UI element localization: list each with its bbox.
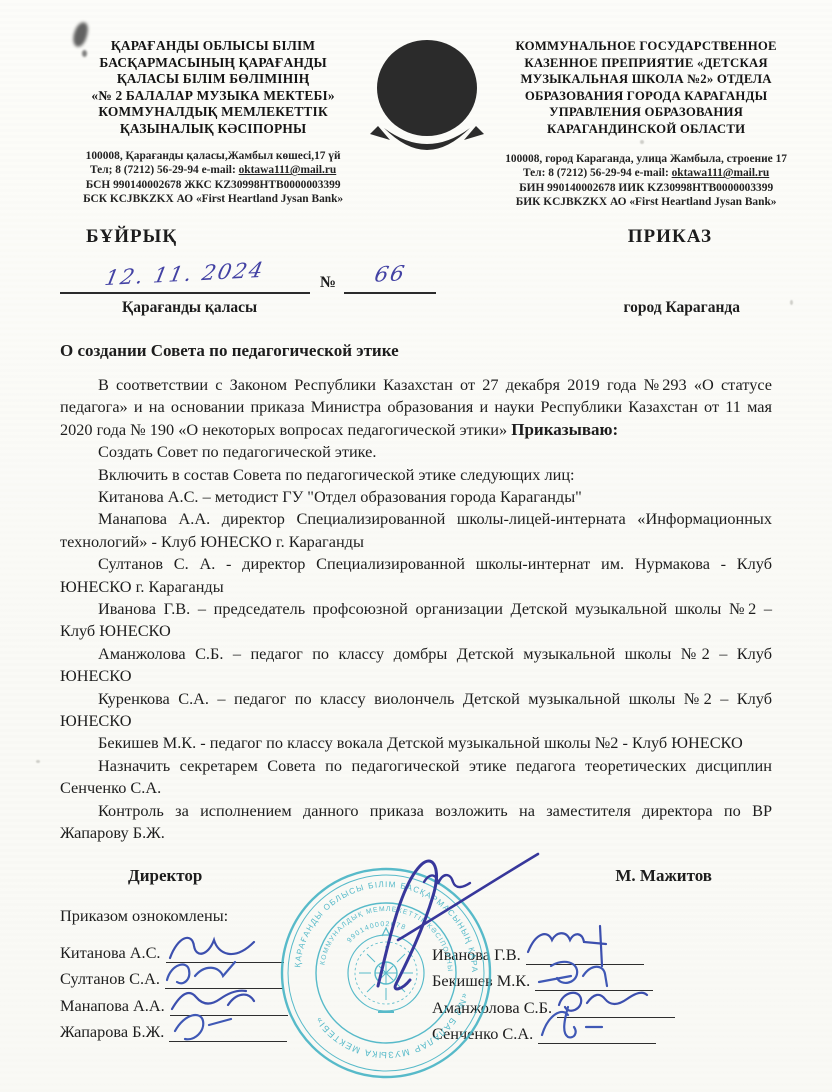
bank-line: БСК KCJBKZKX АО «First Heartland Jysan B… — [58, 192, 368, 207]
phone-line: Тел; 8 (7212) 56-29-94 e-mail: oktawa111… — [58, 163, 368, 178]
order-title-row: БҰЙРЫҚ ПРИКАЗ — [0, 226, 832, 248]
body-paragraph: Включить в состав Совета по педагогическ… — [60, 464, 772, 486]
phone-label: Тел; 8 (7212) 56-29-94 e-mail: — [90, 164, 236, 176]
bank-line: БИН 990140002678 ИИК KZ30998HTB000000339… — [486, 181, 806, 196]
director-signature — [338, 842, 543, 994]
order-verb: Приказываю: — [511, 420, 618, 439]
org-name-line: КАРАГАНДИНСКОЙ ОБЛАСТИ — [486, 121, 806, 138]
handwritten-date: 12. 11. 2024 — [103, 258, 267, 290]
org-name-line: КОММУНАЛДЫҚ МЕМЛЕКЕТТІК — [58, 104, 368, 121]
order-body: В соответствии с Законом Республики Каза… — [60, 374, 772, 845]
body-paragraph: Султанов С. А. - директор Специализирова… — [60, 553, 772, 598]
body-paragraph: Манапова А.А. директор Специализированно… — [60, 508, 772, 553]
intro-paragraph: В соответствии с Законом Республики Каза… — [60, 374, 772, 441]
scanned-order-document: ҚАРАҒАНДЫ ОБЛЫСЫ БІЛІМ БАСҚАРМАСЫНЫҢ ҚАР… — [0, 0, 832, 1092]
letterhead-kazakh: ҚАРАҒАНДЫ ОБЛЫСЫ БІЛІМ БАСҚАРМАСЫНЫҢ ҚАР… — [58, 38, 368, 210]
intro-text: В соответствии с Законом Республики Каза… — [60, 375, 772, 439]
scan-speck — [790, 300, 793, 305]
logo-container — [368, 38, 486, 210]
org-name-line: КАЗЕННОЕ ПРЕПРИЯТИЕ «ДЕТСКАЯ — [486, 55, 806, 72]
signature-line — [169, 1021, 287, 1042]
number-sign-label: № — [310, 274, 338, 294]
org-name-line: ҚАЛАСЫ БІЛІМ БӨЛІМІНІҢ — [58, 71, 368, 88]
signer-name: Султанов С.А. — [60, 969, 160, 989]
body-paragraph: Куренкова С.А. – педагог по классу виоло… — [60, 688, 772, 733]
letterhead-russian: КОММУНАЛЬНОЕ ГОСУДАРСТВЕННОЕ КАЗЕННОЕ ПР… — [486, 38, 806, 210]
bank-line: БИК KCJBKZKX АО «First Heartland Jysan B… — [486, 195, 806, 210]
handwritten-number: 66 — [372, 261, 408, 287]
scan-speck — [640, 140, 644, 144]
date-field: 12. 11. 2024 — [60, 262, 310, 294]
signer-name: Китанова А.С. — [60, 943, 161, 963]
letterhead: ҚАРАҒАНДЫ ОБЛЫСЫ БІЛІМ БАСҚАРМАСЫНЫҢ ҚАР… — [0, 0, 832, 210]
org-contact-block: 100008, город Караганда, улица Жамбыла, … — [486, 152, 806, 210]
order-subject: О создании Совета по педагогической этик… — [60, 341, 772, 361]
order-title-kazakh: БҰЙРЫҚ — [86, 226, 177, 248]
director-label: Директор — [128, 866, 202, 886]
address-line: 100008, Қарағанды қаласы,Жамбыл көшесі,1… — [58, 149, 368, 164]
org-name-line: ОБРАЗОВАНИЯ ГОРОДА КАРАГАНДЫ — [486, 88, 806, 105]
email-text: oktawa111@mail.ru — [672, 167, 770, 179]
email-text: oktawa111@mail.ru — [239, 164, 337, 176]
body-paragraph: Аманжолова С.Б. – педагог по классу домб… — [60, 643, 772, 688]
org-name-line: КОММУНАЛЬНОЕ ГОСУДАРСТВЕННОЕ — [486, 38, 806, 55]
bank-line: БСН 990140002678 ЖКС KZ30998HTB000000339… — [58, 178, 368, 193]
body-paragraph: Иванова Г.В. – председатель профсоюзной … — [60, 598, 772, 643]
body-paragraph: Бекишев М.К. - педагог по классу вокала … — [60, 732, 772, 754]
org-name-line: УПРАВЛЕНИЯ ОБРАЗОВАНИЯ — [486, 104, 806, 121]
signature-scribble-icon — [165, 1007, 275, 1047]
org-contact-block: 100008, Қарағанды қаласы,Жамбыл көшесі,1… — [58, 149, 368, 207]
org-name-line: МУЗЫКАЛЬНАЯ ШКОЛА №2» ОТДЕЛА — [486, 71, 806, 88]
order-title-russian: ПРИКАЗ — [628, 226, 712, 248]
org-name-line: ҚАЗЫНАЛЫҚ КӘСІПОРНЫ — [58, 121, 368, 138]
body-paragraph: Китанова А.С. – методист ГУ "Отдел образ… — [60, 486, 772, 508]
school-emblem-icon — [368, 38, 486, 160]
signature-line — [538, 1023, 656, 1044]
scan-smudge-dot — [82, 50, 87, 57]
number-field: 66 — [344, 262, 436, 294]
city-russian: город Караганда — [623, 299, 740, 317]
city-row: Қарағанды қаласы город Караганда — [0, 294, 832, 317]
phone-line: Тел: 8 (7212) 56-29-94 e-mail: oktawa111… — [486, 166, 806, 181]
org-name-line: БАСҚАРМАСЫНЫҢ ҚАРАҒАНДЫ — [58, 55, 368, 72]
body-paragraph: Создать Совет по педагогической этике. — [60, 441, 772, 463]
director-name: М. Мажитов — [615, 866, 712, 886]
body-paragraph: Контроль за исполнением данного приказа … — [60, 800, 772, 845]
scan-speck — [36, 760, 40, 763]
org-name-line: «№ 2 БАЛАЛАР МУЗЫКА МЕКТЕБІ» — [58, 88, 368, 105]
date-number-row: 12. 11. 2024 № 66 — [60, 262, 460, 294]
body-paragraph: Назначить секретарем Совета по педагогич… — [60, 755, 772, 800]
signer-name: Жапарова Б.Ж. — [60, 1022, 164, 1042]
signature-scribble-icon — [534, 1005, 644, 1049]
address-line: 100008, город Караганда, улица Жамбыла, … — [486, 152, 806, 167]
city-kazakh: Қарағанды қаласы — [122, 299, 257, 317]
phone-label: Тел: 8 (7212) 56-29-94 e-mail: — [523, 167, 669, 179]
signer-name: Манапова А.А. — [60, 996, 165, 1016]
org-name-line: ҚАРАҒАНДЫ ОБЛЫСЫ БІЛІМ — [58, 38, 368, 55]
